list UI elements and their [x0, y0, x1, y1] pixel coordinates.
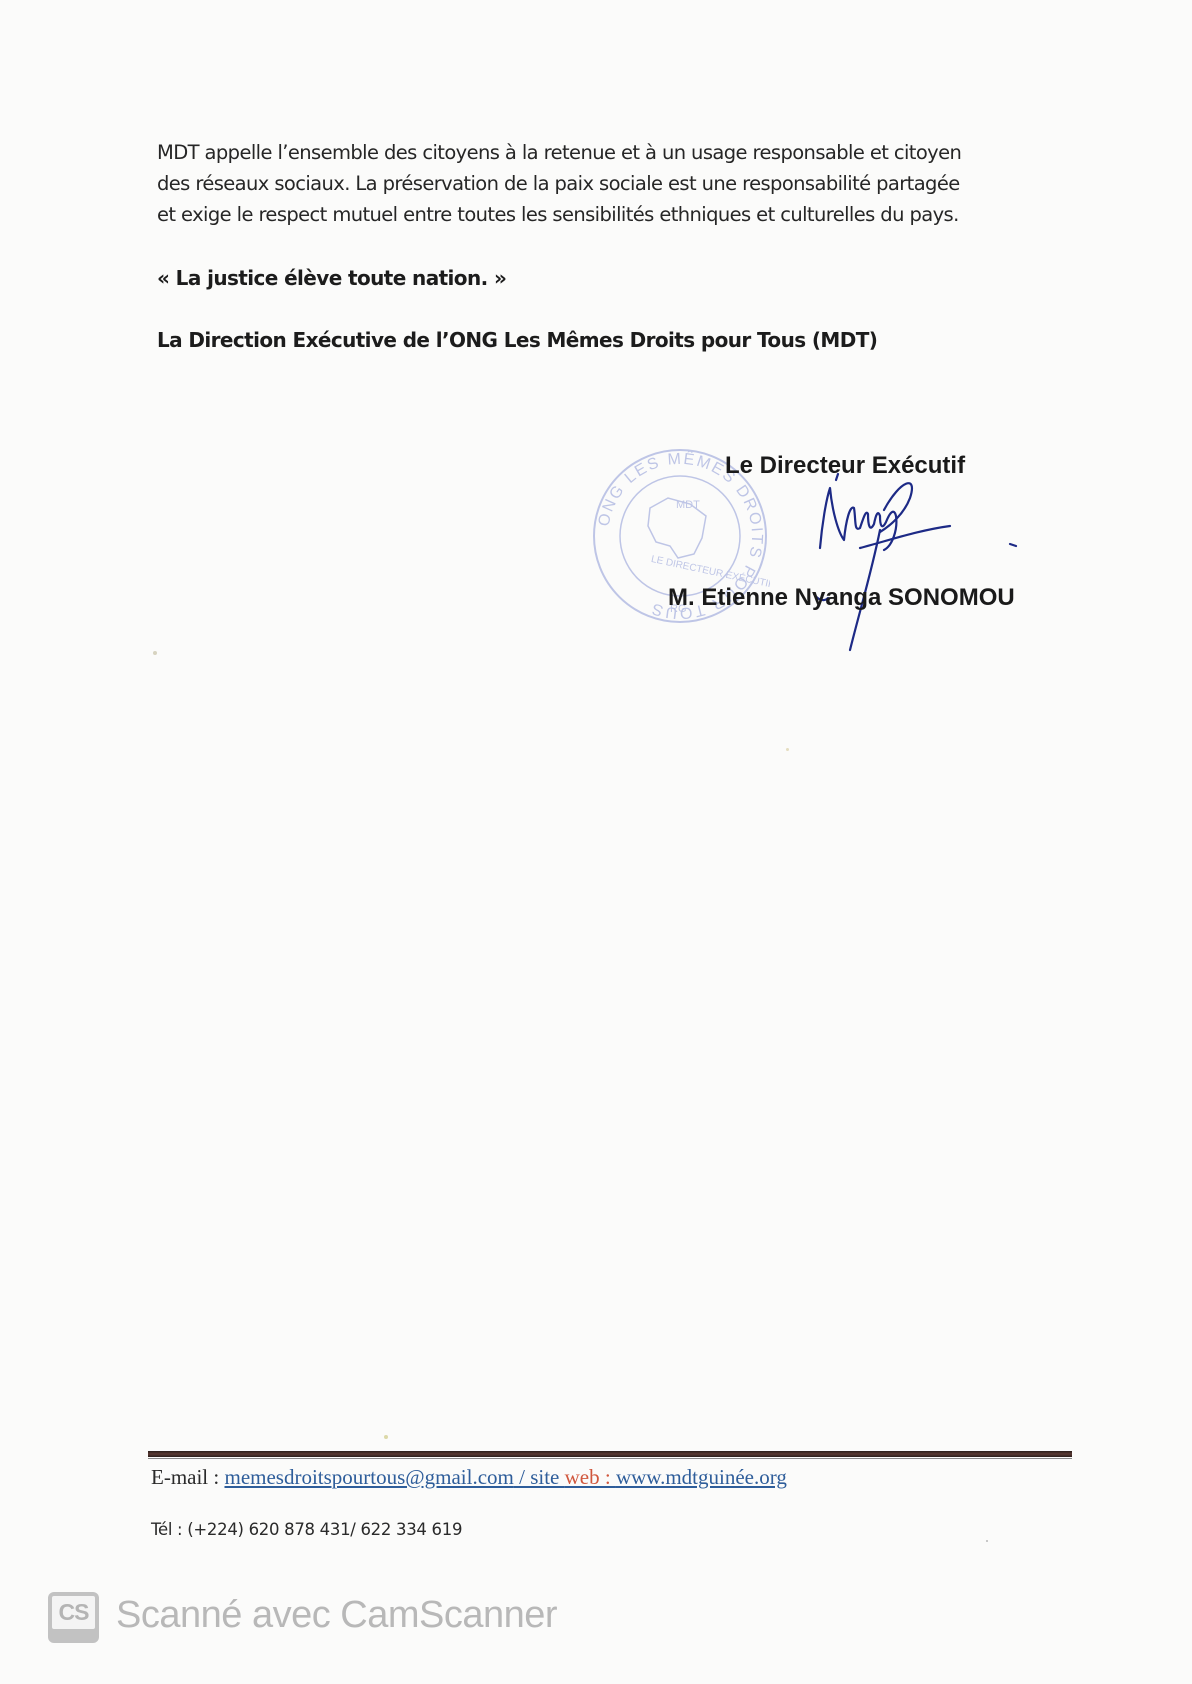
web-label: web : [565, 1465, 616, 1489]
motto-quote: « La justice élève toute nation. » [157, 266, 506, 290]
footer-contact-line: E-mail : memesdroitspourtous@gmail.com /… [151, 1465, 787, 1490]
scan-speck [986, 1540, 988, 1542]
site-separator: / site [514, 1465, 565, 1489]
paragraph-line: et exige le respect mutuel entre toutes … [157, 199, 1082, 230]
signatory-name: M. Etienne Nyanga SONOMOU [668, 584, 1015, 612]
camscanner-logo-icon: CS [48, 1592, 99, 1643]
scan-speck [153, 651, 157, 655]
website-link[interactable]: www.mdtguinée.org [616, 1465, 787, 1489]
camscanner-watermark: Scanné avec CamScanner [116, 1594, 557, 1637]
footer-phone: Tél : (+224) 620 878 431/ 622 334 619 [151, 1520, 462, 1539]
footer-rule [148, 1451, 1072, 1457]
paragraph-line: MDT appelle l’ensemble des citoyens à la… [157, 137, 1082, 168]
paragraph-line: des réseaux sociaux. La préservation de … [157, 168, 1082, 199]
scan-speck [384, 1435, 388, 1439]
email-label: E-mail : [151, 1465, 224, 1489]
email-link[interactable]: memesdroitspourtous@gmail.com [224, 1465, 513, 1489]
svg-text:MDT: MDT [676, 499, 700, 511]
closing-paragraph: MDT appelle l’ensemble des citoyens à la… [157, 137, 1082, 230]
handwritten-signature-icon [760, 470, 1020, 670]
document-page: MDT appelle l’ensemble des citoyens à la… [0, 0, 1192, 1684]
signatory-organization: La Direction Exécutive de l’ONG Les Même… [157, 328, 877, 352]
scan-speck [786, 748, 789, 751]
